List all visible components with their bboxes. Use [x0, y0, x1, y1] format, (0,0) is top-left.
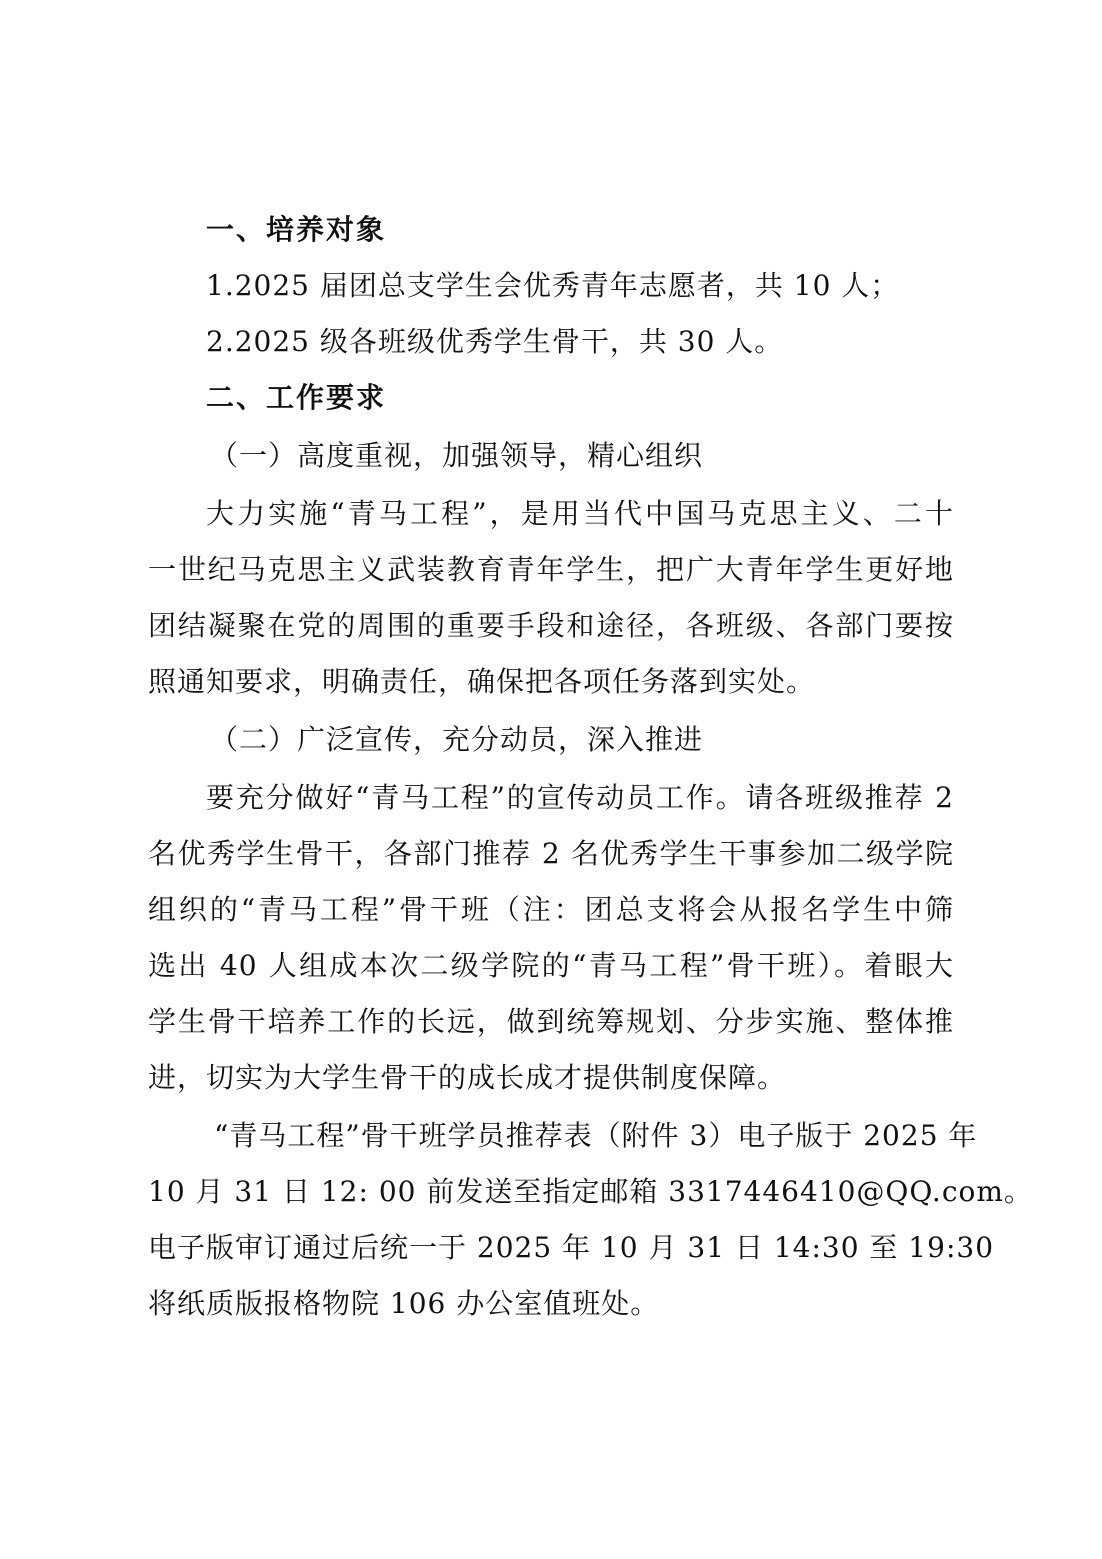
- submission-line: 电子版审订通过后统一于 2025 年 10 月 31 日 14:30 至 19:…: [148, 1228, 954, 1268]
- document-page: 一、培养对象 1.2025 届团总支学生会优秀青年志愿者，共 10 人； 2.2…: [0, 0, 1102, 1559]
- paragraph-line: 选出 40 人组成本次二级学院的“青马工程”骨干班）。着眼大: [148, 946, 954, 986]
- submission-line: “青马工程”骨干班学员推荐表（附件 3）电子版于 2025 年: [214, 1116, 954, 1156]
- paragraph-line: 要充分做好“青马工程”的宣传动员工作。请各班级推荐 2: [206, 778, 954, 818]
- submission-line: 10 月 31 日 12: 00 前发送至指定邮箱 3317446410@QQ.…: [148, 1172, 954, 1212]
- paragraph-line: 组织的“青马工程”骨干班（注：团总支将会从报名学生中筛: [148, 890, 954, 930]
- subsection-heading-2: （二）广泛宣传，充分动员，深入推进: [210, 720, 703, 760]
- paragraph-line: 大力实施“青马工程”，是用当代中国马克思主义、二十: [206, 494, 954, 534]
- paragraph-line: 一世纪马克思主义武装教育青年学生，把广大青年学生更好地: [148, 550, 954, 590]
- paragraph-line: 名优秀学生骨干，各部门推荐 2 名优秀学生干事参加二级学院: [148, 834, 954, 874]
- section-heading-2: 二、工作要求: [206, 378, 386, 418]
- paragraph-line: 进，切实为大学生骨干的成长成才提供制度保障。: [148, 1058, 786, 1098]
- paragraph-line: 照通知要求，明确责任，确保把各项任务落到实处。: [148, 662, 815, 702]
- paragraph-line: 学生骨干培养工作的长远，做到统筹规划、分步实施、整体推: [148, 1002, 954, 1042]
- list-item: 1.2025 届团总支学生会优秀青年志愿者，共 10 人；: [206, 266, 899, 306]
- paragraph-line: 团结凝聚在党的周围的重要手段和途径，各班级、各部门要按: [148, 606, 954, 646]
- submission-line: 将纸质版报格物院 106 办公室值班处。: [148, 1284, 659, 1324]
- list-item: 2.2025 级各班级优秀学生骨干，共 30 人。: [206, 322, 783, 362]
- subsection-heading-1: （一）高度重视，加强领导，精心组织: [210, 436, 703, 476]
- section-heading-1: 一、培养对象: [206, 210, 386, 250]
